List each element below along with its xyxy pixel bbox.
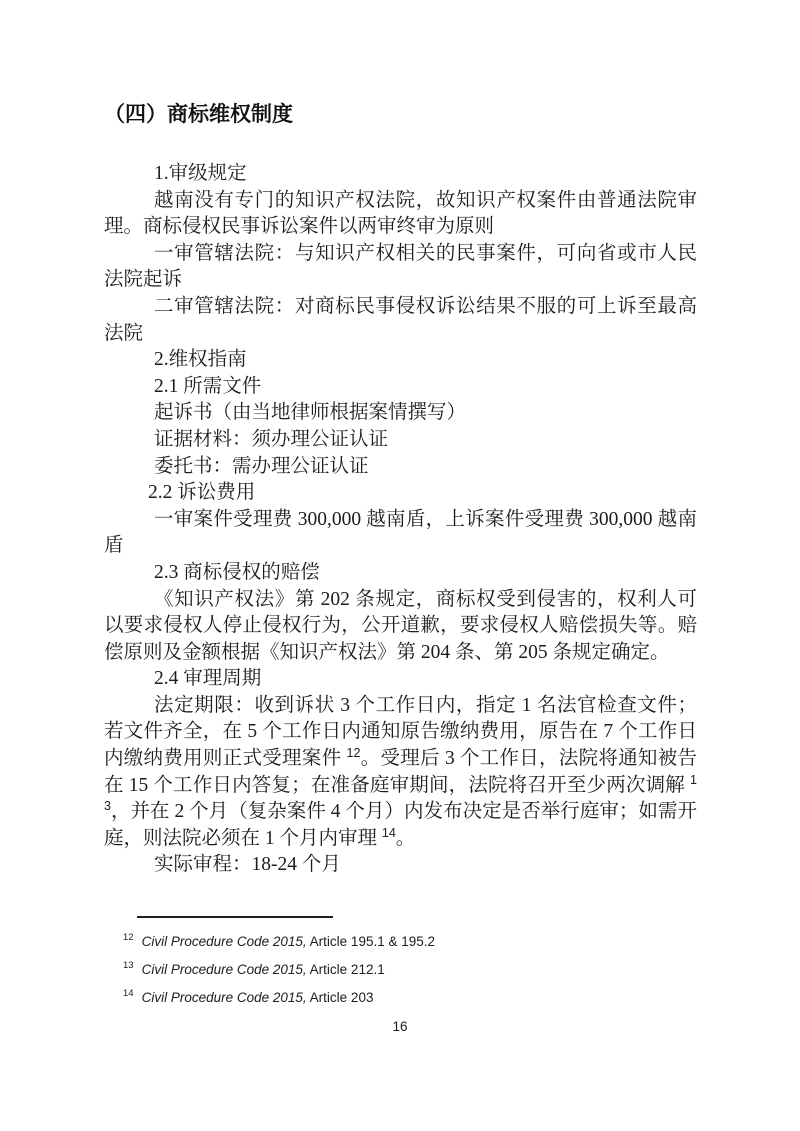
body-paragraphs: 1.审级规定越南没有专门的知识产权法院，故知识产权案件由普通法院审理。商标侵权民… bbox=[104, 161, 697, 879]
text-run: 2.4 审理周期 bbox=[154, 668, 261, 689]
text-run: Civil Procedure Code 2015, bbox=[142, 990, 307, 1005]
text-run: 一审管辖法院：与知识产权相关的民事案件，可向省或市人民法院起诉 bbox=[104, 243, 697, 291]
text-run: 2.2 诉讼费用 bbox=[148, 482, 255, 503]
paragraph: 《知识产权法》第 202 条规定，商标权受到侵害的，权利人可以要求侵权人停止侵权… bbox=[104, 587, 697, 667]
document-content: （四）商标维权制度 1.审级规定越南没有专门的知识产权法院，故知识产权案件由普通… bbox=[104, 100, 697, 1007]
paragraph: 法定期限：收到诉状 3 个工作日内，指定 1 名法官检查文件；若文件齐全，在 5… bbox=[104, 693, 697, 853]
text-run: Article 212.1 bbox=[307, 962, 385, 977]
text-run: 二审管辖法院：对商标民事侵权诉讼结果不服的可上诉至最高法院 bbox=[104, 296, 697, 344]
footnote-marker: 12 bbox=[123, 932, 134, 943]
footnote: 12Civil Procedure Code 2015, Article 195… bbox=[104, 932, 697, 951]
footnotes-list: 12Civil Procedure Code 2015, Article 195… bbox=[104, 932, 697, 1007]
text-run: 1.审级规定 bbox=[154, 163, 247, 184]
text-run: Civil Procedure Code 2015, bbox=[142, 934, 307, 949]
text-run: 委托书：需办理公证认证 bbox=[154, 456, 369, 477]
footnote: 14Civil Procedure Code 2015, Article 203 bbox=[104, 988, 697, 1007]
paragraph: 1.审级规定 bbox=[104, 161, 697, 188]
page-number: 16 bbox=[0, 1019, 800, 1034]
text-run: 实际审程：18-24 个月 bbox=[154, 854, 341, 875]
footnote-reference: 12 bbox=[347, 746, 361, 760]
paragraph: 2.2 诉讼费用 bbox=[104, 480, 697, 507]
document-page: （四）商标维权制度 1.审级规定越南没有专门的知识产权法院，故知识产权案件由普通… bbox=[0, 0, 800, 1131]
paragraph: 越南没有专门的知识产权法院，故知识产权案件由普通法院审理。商标侵权民事诉讼案件以… bbox=[104, 188, 697, 241]
text-run: Article 195.1 & 195.2 bbox=[307, 934, 435, 949]
paragraph: 2.3 商标侵权的赔偿 bbox=[104, 560, 697, 587]
footnote-separator bbox=[137, 916, 333, 918]
text-run: 越南没有专门的知识产权法院，故知识产权案件由普通法院审理。商标侵权民事诉讼案件以… bbox=[104, 190, 697, 238]
text-run: 一审案件受理费 300,000 越南盾，上诉案件受理费 300,000 越南盾 bbox=[104, 509, 697, 557]
paragraph: 2.维权指南 bbox=[104, 347, 697, 374]
footnotes-section: 12Civil Procedure Code 2015, Article 195… bbox=[104, 916, 697, 1007]
paragraph: 起诉书（由当地律师根据案情撰写） bbox=[104, 400, 697, 427]
text-run: 《知识产权法》第 202 条规定，商标权受到侵害的，权利人可以要求侵权人停止侵权… bbox=[104, 589, 697, 663]
footnote-reference: 14 bbox=[382, 826, 396, 840]
footnote: 13Civil Procedure Code 2015, Article 212… bbox=[104, 960, 697, 979]
paragraph: 2.4 审理周期 bbox=[104, 666, 697, 693]
paragraph: 二审管辖法院：对商标民事侵权诉讼结果不服的可上诉至最高法院 bbox=[104, 294, 697, 347]
text-run: 证据材料：须办理公证认证 bbox=[154, 429, 388, 450]
footnote-marker: 13 bbox=[123, 960, 134, 971]
text-run: 起诉书（由当地律师根据案情撰写） bbox=[154, 402, 466, 423]
paragraph: 证据材料：须办理公证认证 bbox=[104, 427, 697, 454]
text-run: 2.1 所需文件 bbox=[154, 376, 261, 397]
paragraph: 2.1 所需文件 bbox=[104, 374, 697, 401]
text-run: Article 203 bbox=[307, 990, 374, 1005]
section-heading: （四）商标维权制度 bbox=[104, 100, 697, 128]
paragraph: 一审管辖法院：与知识产权相关的民事案件，可向省或市人民法院起诉 bbox=[104, 241, 697, 294]
paragraph: 实际审程：18-24 个月 bbox=[104, 852, 697, 879]
paragraph: 一审案件受理费 300,000 越南盾，上诉案件受理费 300,000 越南盾 bbox=[104, 507, 697, 560]
paragraph: 委托书：需办理公证认证 bbox=[104, 454, 697, 481]
footnote-marker: 14 bbox=[123, 988, 134, 999]
text-run: 2.3 商标侵权的赔偿 bbox=[154, 562, 320, 583]
text-run: Civil Procedure Code 2015, bbox=[142, 962, 307, 977]
text-run: 。 bbox=[396, 828, 416, 849]
text-run: 2.维权指南 bbox=[154, 349, 247, 370]
